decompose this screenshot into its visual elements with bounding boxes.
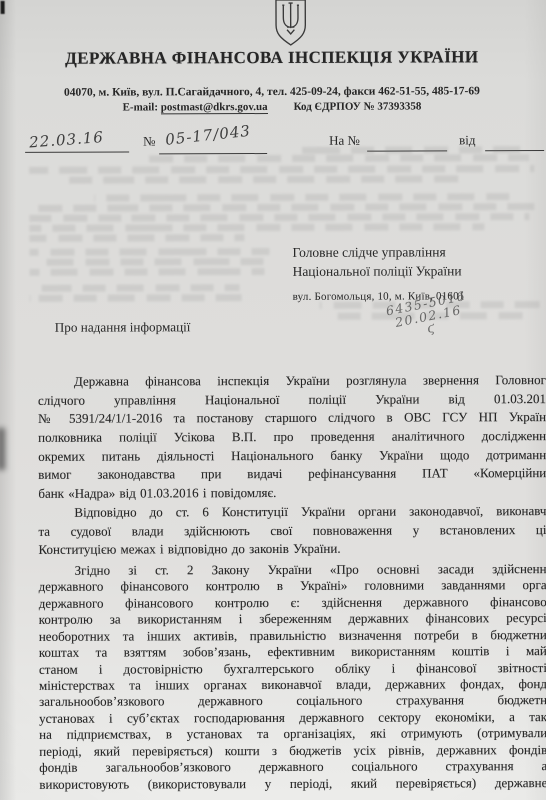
paragraph: Державна фінансова інспекція України роз… (38, 371, 546, 504)
scanned-letter-page: { "colors": { "paper": "#dedddb", "ink":… (0, 0, 546, 800)
scan-corner-artifact (1, 1, 5, 14)
text-line: на підприємствах, в установах та організ… (39, 725, 546, 743)
bleedthrough-line (30, 268, 265, 276)
text-line: державного фінансового контролю в Україн… (39, 577, 546, 595)
email-label: E-mail: (123, 101, 158, 113)
paragraph: Згідно зі ст. 2 Закону України «Про осно… (39, 561, 546, 793)
bleedthrough-line (149, 154, 529, 162)
bleedthrough-line (94, 193, 509, 201)
text-line: Конституцією межах і відповідно до закон… (38, 539, 546, 559)
addressee-line: Головне слідче управління (292, 242, 464, 262)
organization-name: ДЕРЖАВНА ФІНАНСОВА ІНСПЕКЦІЯ УКРАЇНИ (0, 47, 545, 69)
bleedthrough-line (29, 213, 529, 222)
ukraine-trident-emblem-icon (271, 0, 311, 46)
date-underline (25, 151, 129, 153)
text-line: установах і суб’єктах господарювання дер… (39, 709, 546, 727)
text-line: періоді, який перевіряється) кошти з бюд… (39, 742, 546, 760)
bleedthrough-line (42, 284, 240, 292)
text-line: Згідно зі ст. 2 Закону України «Про осно… (39, 561, 546, 579)
bleedthrough-line (29, 223, 484, 232)
text-line: використовують (використовували у період… (39, 775, 546, 793)
text-line: контролю за використанням і збереженням … (39, 610, 546, 628)
body-text: Державна фінансова інспекція України роз… (38, 371, 546, 793)
handwritten-outgoing-number: 05-17/043 (164, 122, 251, 149)
bleedthrough-line (299, 146, 529, 154)
text-line: державного фінансового контролю є: здійс… (39, 594, 546, 612)
text-line: Відповідно до ст. 6 Конституції України … (38, 502, 546, 522)
number-sign-label: № (143, 133, 155, 149)
text-line: станом і достовірністю бухгалтерського о… (39, 660, 546, 678)
text-line: коштах та взяттям зобов’язань, ефективни… (39, 643, 546, 661)
handwritten-date: 22.03.16 (29, 128, 105, 151)
text-line: міністерствах та інших органах виконавчо… (39, 676, 546, 694)
scan-edge-artifact (0, 428, 5, 470)
text-line: Державна фінансова інспекція України роз… (38, 371, 546, 391)
text-line: загальнообов’язкового державного соціаль… (39, 692, 546, 710)
text-line: № 5391/24/1/1-2016 та постанову старшого… (38, 408, 546, 428)
email-value: postmast@dkrs.gov.ua (161, 101, 268, 114)
text-line: фондів загальнообов’язкового державного … (39, 758, 546, 776)
bleedthrough-line (29, 203, 537, 212)
bleedthrough-line (59, 175, 459, 183)
subject-line: Про надання інформації (55, 319, 191, 335)
organization-contacts: E-mail: postmast@dkrs.gov.uaКод ЄДРПОУ №… (0, 100, 545, 114)
edrpou-code: Код ЄДРПОУ № 37393358 (294, 100, 422, 112)
bleedthrough-line (29, 234, 244, 242)
number-underline (159, 152, 267, 154)
bleedthrough-line (30, 294, 242, 302)
organization-address: 04070, м. Київ, вул. П.Сагайдачного, 4, … (0, 85, 545, 99)
bleedthrough-line (36, 258, 264, 266)
bleedthrough-line (29, 248, 269, 256)
text-line: полковника поліції Усікова В.П. про пров… (38, 427, 546, 447)
paragraph: Відповідно до ст. 6 Конституції України … (38, 502, 546, 560)
text-line: вимог законодавства при видачі рефінансу… (38, 464, 546, 484)
text-line: банк «Надра» від 01.03.2016 і повідомляє… (38, 483, 546, 503)
bleedthrough-line (29, 165, 534, 174)
text-line: слідчого управління Національної поліції… (38, 390, 546, 410)
text-line: та судової влади здійснюють свої повнова… (38, 521, 546, 541)
text-line: необоротних та інших активів, правильніс… (39, 627, 546, 645)
letter-content: ДЕРЖАВНА ФІНАНСОВА ІНСПЕКЦІЯ УКРАЇНИ 040… (0, 0, 546, 800)
addressee-line: Національної поліції України (293, 261, 465, 281)
text-line: окремих питань діяльності Національного … (38, 446, 546, 466)
